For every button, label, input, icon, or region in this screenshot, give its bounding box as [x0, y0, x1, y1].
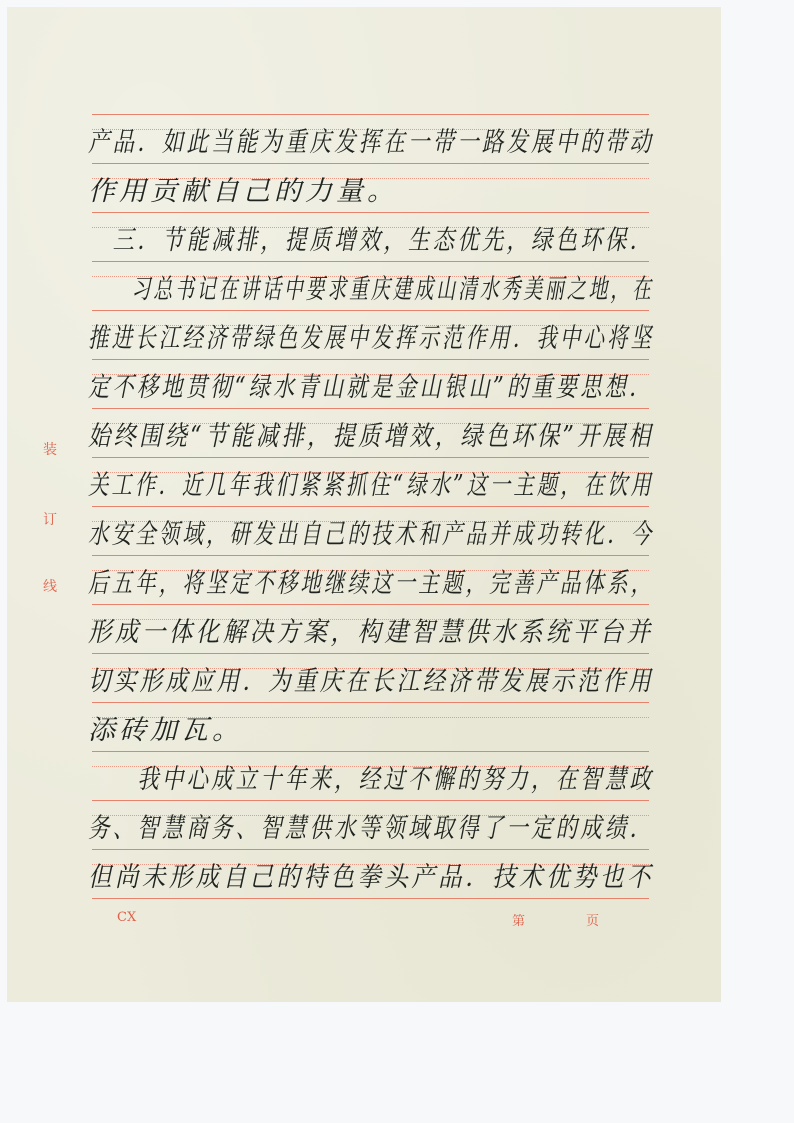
ruled-line-solid [92, 702, 649, 703]
handwritten-line: 后五年，将坚定不移地继续这一主题，完善产品体系， [88, 567, 519, 601]
binding-label-xian: 线 [42, 580, 58, 594]
ruled-line-solid [92, 310, 649, 311]
ruled-line-solid [92, 604, 649, 605]
handwritten-line: 我中心成立十年来，经过不懈的努力，在智慧政 [88, 763, 537, 797]
ruled-line-solid [92, 751, 649, 752]
handwritten-line-heading: 三．节能减排，提质增效，生态优先，绿色环保． [88, 224, 537, 258]
handwritten-line: 习总书记在讲话中要求重庆建成山清水秀美丽之地，在 [88, 273, 485, 307]
handwritten-line: 定不移地贯彻“绿水青山就是金山银山”的重要思想． [88, 371, 534, 405]
ruled-line-solid [92, 457, 649, 458]
handwritten-line: 水安全领域，研发出自己的技术和产品并成功转化．今 [88, 518, 519, 552]
ruled-line-solid [92, 653, 649, 654]
handwritten-line: 务、智慧商务、智慧供水等领域取得了一定的成绩． [88, 812, 537, 846]
handwritten-line: 作用贡献自己的力量。 [88, 175, 654, 209]
ruled-line-solid [92, 898, 649, 899]
binding-label-zhuang: 装 [42, 443, 58, 457]
handwritten-line: 添砖加瓦。 [88, 714, 654, 748]
handwritten-line: 关工作．近几年我们紧紧抓住“绿水”这一主题，在饮用 [88, 469, 516, 503]
handwritten-line: 切实形成应用．为重庆在长江经济带发展示范作用 [88, 665, 558, 699]
footer-page-suffix: 页 [586, 910, 599, 929]
footer-code: CX [117, 910, 136, 925]
handwritten-line: 推进长江经济带绿色发展中发挥示范作用．我中心将坚 [88, 322, 519, 356]
ruled-line-solid [92, 212, 649, 213]
handwritten-line: 但尚未形成自己的特色拳头产品．技术优势也不 [88, 861, 580, 895]
handwritten-line: 始终围绕“节能减排，提质增效，绿色环保”开展相 [88, 420, 554, 454]
ruled-line-solid [92, 555, 649, 556]
ruled-line-solid [92, 261, 649, 262]
handwritten-line: 产品．如此当能为重庆发挥在一带一路发展中的带动 [88, 126, 537, 160]
ruled-line-solid [92, 849, 649, 850]
ruled-line-solid [92, 408, 649, 409]
ruled-line-solid [92, 114, 649, 115]
footer-page-prefix: 第 [512, 910, 525, 929]
ruled-line-solid [92, 163, 649, 164]
ruled-line-solid [92, 506, 649, 507]
ruled-line-solid [92, 359, 649, 360]
handwritten-line: 形成一体化解决方案，构建智慧供水系统平台并 [88, 616, 580, 650]
binding-label-ding: 订 [42, 513, 58, 527]
ruled-line-solid [92, 800, 649, 801]
